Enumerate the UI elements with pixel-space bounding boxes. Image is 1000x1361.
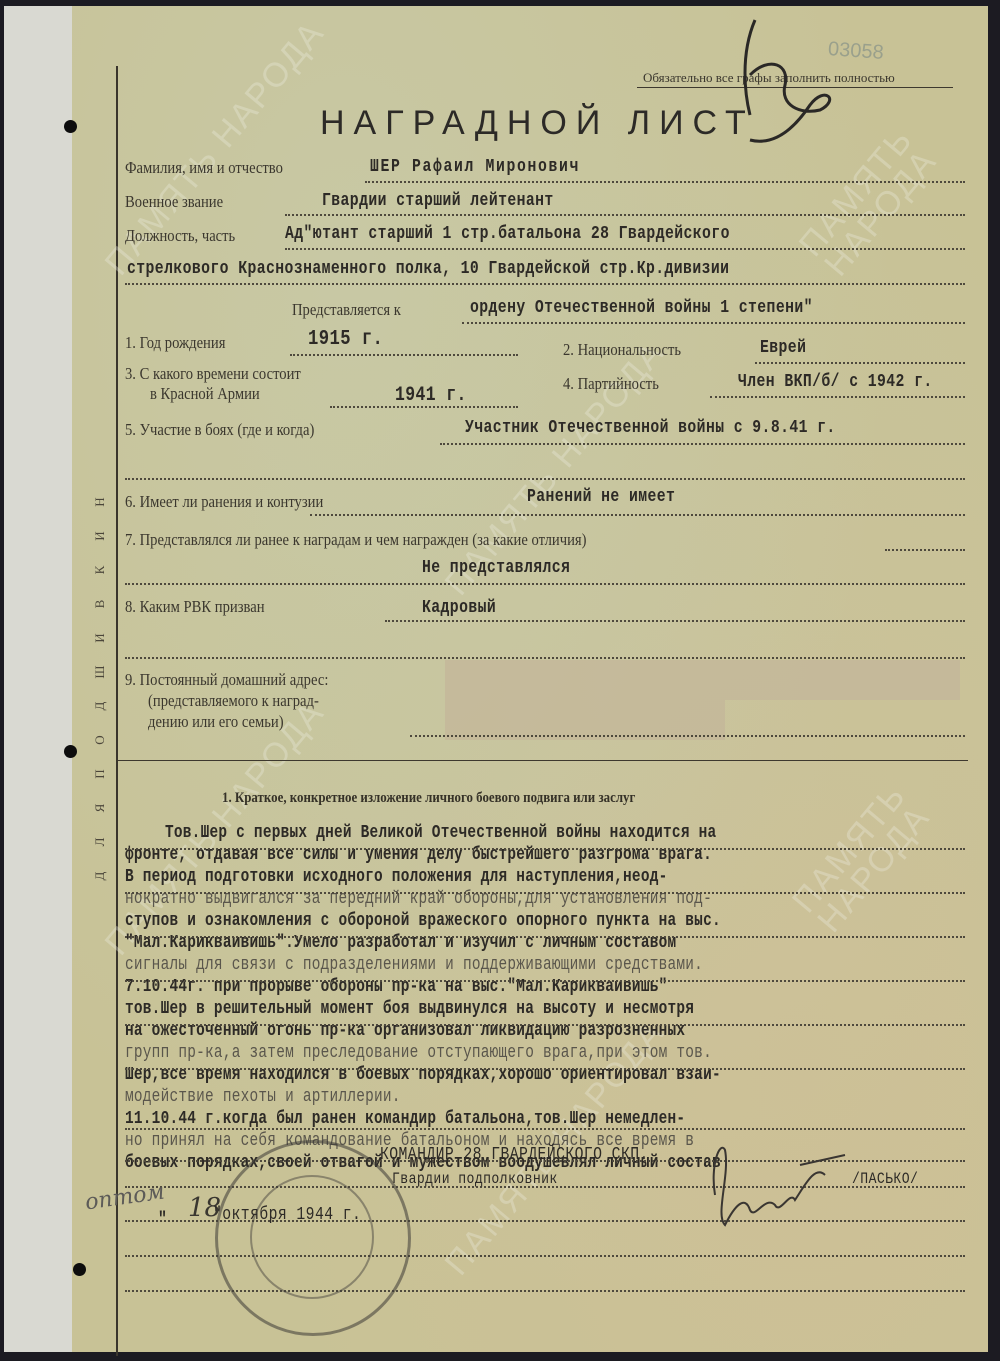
- punch-hole: [64, 745, 77, 758]
- field-label: Имеет ли ранения и контузии: [140, 492, 324, 511]
- nationality-label: 2. Национальность: [563, 340, 681, 360]
- field-number: 5.: [125, 420, 136, 439]
- field-label: Каким РВК призван: [140, 597, 265, 616]
- feat-line: В период подготовки исходного положения …: [125, 866, 668, 887]
- address-label-line1: 9. Постоянный домашний адрес:: [125, 670, 328, 690]
- dotted-rule: [290, 354, 518, 356]
- position-value-line2: стрелкового Краснознаменного полка, 10 Г…: [127, 259, 729, 279]
- dotted-rule: [125, 1068, 965, 1070]
- field-number: 2.: [563, 340, 574, 359]
- side-letter: П: [83, 766, 117, 782]
- dotted-rule: [125, 892, 965, 894]
- dotted-rule: [330, 406, 518, 408]
- redacted-address: [445, 700, 725, 740]
- nominated-for-value: ордену Отечественной войны 1 степени": [470, 298, 813, 318]
- birth-year-label: 1. Год рождения: [125, 333, 225, 353]
- field-number: 9.: [125, 670, 136, 689]
- backing-sheet: [4, 6, 76, 1352]
- side-letter: Л: [83, 834, 117, 850]
- commander-rank: Гвардии подполковник: [392, 1170, 558, 1188]
- side-letter: Ш: [83, 664, 117, 680]
- dotted-rule: [125, 980, 965, 982]
- army-since-label-line2: в Красной Армии: [150, 384, 260, 404]
- dotted-rule: [125, 283, 965, 285]
- side-letter: И: [83, 630, 117, 646]
- redacted-address: [445, 660, 960, 700]
- field-label: Представлялся ли ранее к наградам и чем …: [140, 530, 587, 549]
- section-divider: [118, 760, 968, 761]
- position-value-line1: Ад"ютант старший 1 стр.батальона 28 Гвар…: [285, 224, 730, 244]
- address-label-line2: (представляемого к наград-: [148, 691, 319, 711]
- party-value: Член ВКП/б/ с 1942 г.: [738, 372, 933, 392]
- side-letter: Н: [83, 494, 117, 510]
- side-letter: К: [83, 562, 117, 578]
- army-since-label-line1: 3. С какого времени состоит: [125, 364, 301, 384]
- feat-line: Тов.Шер с первых дней Великой Отечествен…: [165, 822, 716, 843]
- wounds-value: Ранений не имеет: [527, 487, 675, 507]
- dotted-rule: [440, 443, 965, 445]
- side-letter: В: [83, 596, 117, 612]
- dotted-rule: [385, 620, 965, 622]
- dotted-rule: [125, 848, 965, 850]
- dotted-rule: [755, 362, 965, 364]
- field-label: Национальность: [578, 340, 681, 359]
- feat-section-heading: 1. Краткое, конкретное изложение личного…: [222, 790, 635, 807]
- field-number: 3.: [125, 364, 136, 383]
- dotted-rule: [125, 478, 965, 480]
- dotted-rule: [462, 322, 965, 324]
- commander-name: /ПАСЬКО/: [852, 1170, 918, 1188]
- nationality-value: Еврей: [760, 338, 806, 358]
- feat-line: 11.10.44 г.когда был ранен командир бата…: [125, 1108, 685, 1129]
- wounds-label: 6. Имеет ли ранения и контузии: [125, 492, 323, 512]
- field-label: Постоянный домашний адрес:: [140, 670, 329, 689]
- field-label: Партийность: [578, 374, 659, 393]
- feat-line: тов.Шер в решительный момент боя выдвину…: [125, 998, 694, 1019]
- feat-line: модействие пехоты и артиллерии.: [125, 1086, 401, 1107]
- official-seal-stamp: [215, 1140, 411, 1336]
- dotted-rule: [125, 583, 965, 585]
- punch-hole: [64, 120, 77, 133]
- field-label: С какого времени состоит: [140, 364, 301, 383]
- field-number: 4.: [563, 374, 574, 393]
- previous-awards-label: 7. Представлялся ли ранее к наградам и ч…: [125, 530, 587, 550]
- field-number: 8.: [125, 597, 136, 616]
- date-quote: ": [158, 1210, 167, 1230]
- conscription-label: 8. Каким РВК призван: [125, 597, 265, 617]
- commander-signature: [705, 1135, 855, 1235]
- side-letter: Д: [83, 868, 117, 884]
- party-label: 4. Партийность: [563, 374, 659, 394]
- commander-title: КОМАНДИР 28 ГВАРДЕЙСКОГО СКП.: [380, 1145, 649, 1165]
- field-label: Участие в боях (где и когда): [140, 420, 315, 439]
- field-label: Год рождения: [140, 333, 226, 352]
- dotted-rule: [285, 248, 965, 250]
- dotted-rule: [410, 735, 965, 737]
- dotted-rule: [125, 1128, 965, 1130]
- field-number: 7.: [125, 530, 136, 549]
- previous-awards-value: Не представлялся: [422, 558, 570, 578]
- address-label-line3: дению или его семьи): [148, 712, 284, 732]
- page-title: НАГРАДНОЙ ЛИСТ: [320, 104, 755, 143]
- dotted-rule: [310, 514, 965, 516]
- side-binding-label: Н И К В И Ш Д О П Я Л Д: [92, 485, 108, 893]
- dotted-rule: [125, 657, 965, 659]
- full-name-label: Фамилия, имя и отчество: [125, 158, 283, 178]
- nominated-for-label: Представляется к: [292, 300, 401, 320]
- field-number: 6.: [125, 492, 136, 511]
- full-name-value: ШЕР Рафаил Миронович: [370, 157, 580, 177]
- rank-label: Военное звание: [125, 192, 223, 212]
- side-letter: О: [83, 732, 117, 748]
- feat-line: сигналы для связи с подразделениями и по…: [125, 954, 703, 975]
- side-letter: Д: [83, 698, 117, 714]
- army-since-value: 1941 г.: [395, 384, 467, 407]
- dotted-rule: [710, 396, 965, 398]
- rank-value: Гвардии старший лейтенант: [322, 191, 554, 211]
- dotted-rule: [285, 214, 965, 216]
- dotted-rule: [125, 1024, 965, 1026]
- feat-line: ступов и ознакомления с обороной вражеск…: [125, 910, 721, 931]
- position-label: Должность, часть: [125, 226, 235, 246]
- conscription-value: Кадровый: [422, 598, 496, 618]
- dotted-rule: [125, 936, 965, 938]
- dotted-rule: [885, 549, 965, 551]
- combat-label: 5. Участие в боях (где и когда): [125, 420, 314, 440]
- field-number: 1.: [125, 333, 136, 352]
- side-letter: Я: [83, 800, 117, 816]
- feat-line: групп пр-ка,а затем преследование отступ…: [125, 1042, 712, 1063]
- punch-hole: [73, 1263, 86, 1276]
- combat-value: Участник Отечественной войны с 9.8.41 г.: [465, 418, 836, 438]
- side-letter: И: [83, 528, 117, 544]
- dotted-rule: [365, 181, 965, 183]
- date-field: ": [158, 1210, 167, 1230]
- birth-year-value: 1915 г.: [308, 328, 383, 351]
